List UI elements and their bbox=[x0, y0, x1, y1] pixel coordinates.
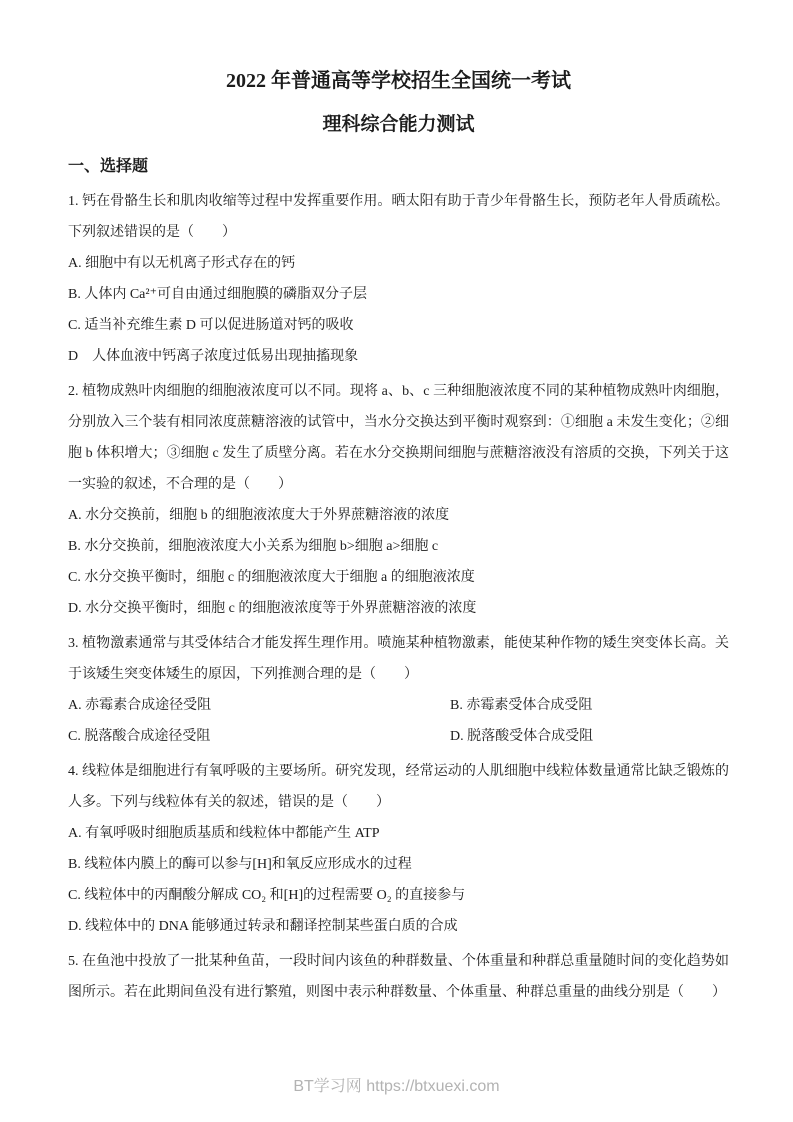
question-2-option-c: C. 水分交换平衡时，细胞 c 的细胞液浓度大于细胞 a 的细胞液浓度 bbox=[68, 562, 729, 593]
question-1-stem: 1. 钙在骨骼生长和肌肉收缩等过程中发挥重要作用。晒太阳有助于青少年骨骼生长，预… bbox=[68, 186, 729, 248]
question-2: 2. 植物成熟叶肉细胞的细胞液浓度可以不同。现将 a、b、c 三种细胞液浓度不同… bbox=[68, 376, 729, 624]
question-4-option-d: D. 线粒体中的 DNA 能够通过转录和翻译控制某些蛋白质的合成 bbox=[68, 911, 729, 942]
question-4-stem: 4. 线粒体是细胞进行有氧呼吸的主要场所。研究发现，经常运动的人肌细胞中线粒体数… bbox=[68, 756, 729, 818]
question-3-option-c: C. 脱落酸合成途径受阻 bbox=[68, 721, 450, 752]
exam-page: 2022 年普通高等学校招生全国统一考试 理科综合能力测试 一、选择题 1. 钙… bbox=[0, 0, 793, 1008]
question-4: 4. 线粒体是细胞进行有氧呼吸的主要场所。研究发现，经常运动的人肌细胞中线粒体数… bbox=[68, 756, 729, 942]
question-4-option-a: A. 有氧呼吸时细胞质基质和线粒体中都能产生 ATP bbox=[68, 818, 729, 849]
question-2-option-d: D. 水分交换平衡时，细胞 c 的细胞液浓度等于外界蔗糖溶液的浓度 bbox=[68, 593, 729, 624]
page-title: 2022 年普通高等学校招生全国统一考试 bbox=[68, 66, 729, 96]
page-footer-watermark: BT学习网 https://btxuexi.com bbox=[0, 1073, 793, 1096]
question-1-option-b: B. 人体内 Ca²⁺可自由通过细胞膜的磷脂双分子层 bbox=[68, 279, 729, 310]
question-3: 3. 植物激素通常与其受体结合才能发挥生理作用。喷施某种植物激素，能使某种作物的… bbox=[68, 628, 729, 752]
page-subtitle: 理科综合能力测试 bbox=[68, 112, 729, 138]
section-heading: 一、选择题 bbox=[68, 154, 729, 180]
question-1-option-c: C. 适当补充维生素 D 可以促进肠道对钙的吸收 bbox=[68, 310, 729, 341]
question-3-option-a: A. 赤霉素合成途径受阻 bbox=[68, 690, 450, 721]
question-3-stem: 3. 植物激素通常与其受体结合才能发挥生理作用。喷施某种植物激素，能使某种作物的… bbox=[68, 628, 729, 690]
question-2-option-b: B. 水分交换前，细胞液浓度大小关系为细胞 b>细胞 a>细胞 c bbox=[68, 531, 729, 562]
question-1-option-a: A. 细胞中有以无机离子形式存在的钙 bbox=[68, 248, 729, 279]
question-3-option-b: B. 赤霉素受体合成受阻 bbox=[450, 690, 729, 721]
question-2-stem: 2. 植物成熟叶肉细胞的细胞液浓度可以不同。现将 a、b、c 三种细胞液浓度不同… bbox=[68, 376, 729, 500]
question-1: 1. 钙在骨骼生长和肌肉收缩等过程中发挥重要作用。晒太阳有助于青少年骨骼生长，预… bbox=[68, 186, 729, 372]
question-4-option-b: B. 线粒体内膜上的酶可以参与[H]和氧反应形成水的过程 bbox=[68, 849, 729, 880]
question-3-option-d: D. 脱落酸受体合成受阻 bbox=[450, 721, 729, 752]
question-3-options: A. 赤霉素合成途径受阻 B. 赤霉素受体合成受阻 C. 脱落酸合成途径受阻 D… bbox=[68, 690, 729, 752]
question-4-option-c: C. 线粒体中的丙酮酸分解成 CO₂ 和[H]的过程需要 O₂ 的直接参与 bbox=[68, 880, 729, 911]
question-5-stem: 5. 在鱼池中投放了一批某种鱼苗，一段时间内该鱼的种群数量、个体重量和种群总重量… bbox=[68, 946, 729, 1008]
question-1-option-d: D 人体血液中钙离子浓度过低易出现抽搐现象 bbox=[68, 341, 729, 372]
question-5: 5. 在鱼池中投放了一批某种鱼苗，一段时间内该鱼的种群数量、个体重量和种群总重量… bbox=[68, 946, 729, 1008]
question-2-option-a: A. 水分交换前，细胞 b 的细胞液浓度大于外界蔗糖溶液的浓度 bbox=[68, 500, 729, 531]
